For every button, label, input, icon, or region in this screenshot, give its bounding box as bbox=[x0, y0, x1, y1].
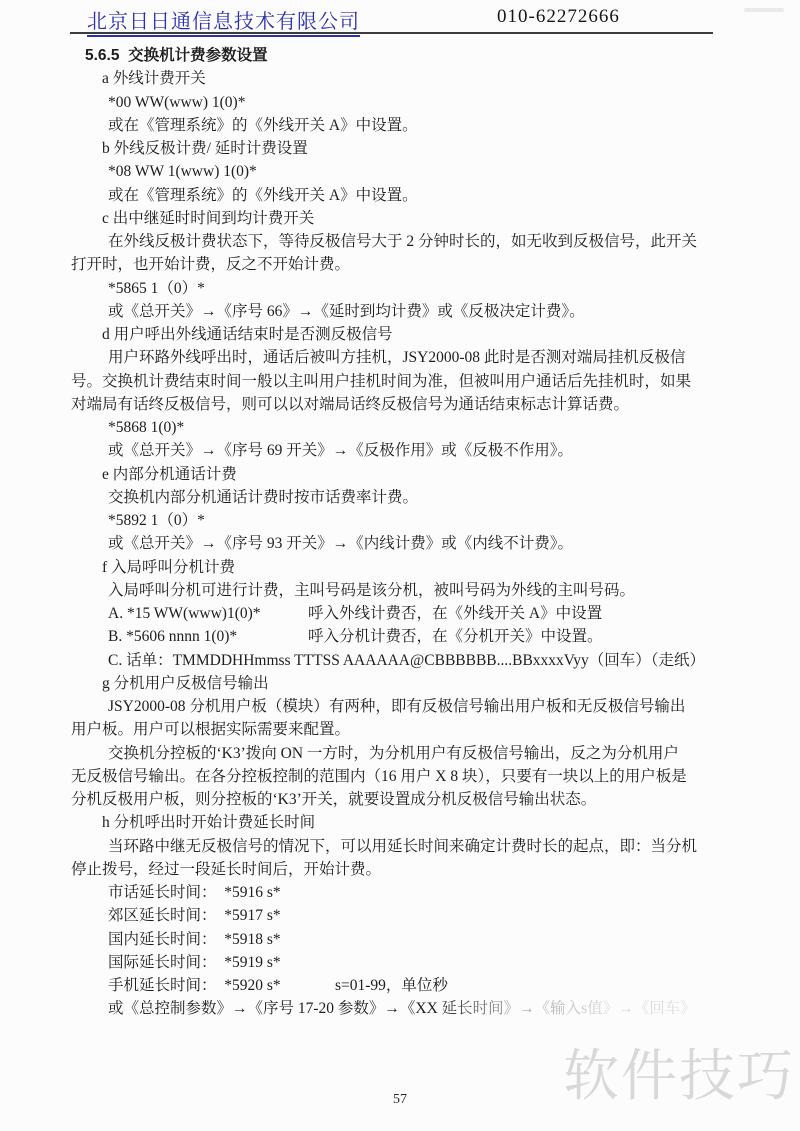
doc-line: 或在《管理系统》的《外线开关 A》中设置。 bbox=[0, 184, 800, 207]
doc-line: e 内部分机通话计费 bbox=[0, 463, 800, 486]
doc-line-text: f 入局呼叫分机计费 bbox=[102, 559, 235, 576]
doc-line-text: 或在《管理系统》的《外线开关 A》中设置。 bbox=[108, 117, 418, 134]
doc-line: *00 WW(www) 1(0)* bbox=[0, 91, 800, 114]
doc-line: b 外线反极计费/ 延时计费设置 bbox=[0, 137, 800, 160]
doc-line-text: 入局呼叫分机可进行计费，主叫号码是该分机，被叫号码为外线的主叫号码。 bbox=[108, 582, 635, 599]
doc-line-text: *5892 1（0）* bbox=[108, 512, 205, 529]
header-divider-rule bbox=[70, 32, 713, 34]
doc-line: a 外线计费开关 bbox=[0, 67, 800, 90]
doc-line: 交换机内部分机通话计费时按市话费率计费。 bbox=[0, 486, 800, 509]
doc-line-text: 当环路中继无反极信号的情况下，可以用延长时间来确定计费时长的起点，即：当分机 bbox=[108, 838, 697, 855]
doc-line: 5.6.5 交换机计费参数设置 bbox=[0, 44, 800, 67]
doc-line: 或《总开关》→《序号 93 开关》→《内线计费》或《内线不计费》。 bbox=[0, 532, 800, 555]
doc-line-text: 交换机内部分机通话计费时按市话费率计费。 bbox=[108, 489, 418, 506]
doc-line-text: a 外线计费开关 bbox=[102, 70, 206, 87]
doc-line-text: 号。交换机计费结束时间一般以主叫用户挂机时间为准，但被叫用户通话后先挂机时，如果 bbox=[71, 373, 691, 390]
doc-line-text: 或《总开关》→《序号 69 开关》→《反极作用》或《反极不作用》。 bbox=[108, 442, 573, 459]
doc-line: 停止拨号，经过一段延长时间后，开始计费。 bbox=[0, 858, 800, 881]
doc-line: 当环路中继无反极信号的情况下，可以用延长时间来确定计费时长的起点，即：当分机 bbox=[0, 835, 800, 858]
doc-line: 手机延长时间： *5920 s*s=01-99，单位秒 bbox=[0, 974, 800, 997]
doc-line: f 入局呼叫分机计费 bbox=[0, 556, 800, 579]
doc-line-secondary-text: s=01-99，单位秒 bbox=[335, 974, 448, 997]
doc-line: d 用户呼出外线通话结束时是否测反极信号 bbox=[0, 323, 800, 346]
doc-line: 或在《管理系统》的《外线开关 A》中设置。 bbox=[0, 114, 800, 137]
doc-line-text: 或《总开关》→《序号 66》→《延时到均计费》或《反极决定计费》。 bbox=[108, 303, 585, 320]
phone-number-header: 010-62272666 bbox=[497, 6, 620, 28]
doc-line: 对端局有话终反极信号，则可以以对端局话终反极信号为通话结束标志计算话费。 bbox=[0, 393, 800, 416]
doc-line-text: 分机反极用户板，则分控板的‘K3’开关，就要设置成分机反极信号输出状态。 bbox=[71, 791, 596, 808]
doc-line-text: e 内部分机通话计费 bbox=[102, 466, 237, 483]
doc-line-text: 交换机分控板的‘K3’拨向 ON 一方时，为分机用户有反极信号输出，反之为分机用… bbox=[108, 745, 679, 762]
doc-line-text: 停止拨号，经过一段延长时间后，开始计费。 bbox=[71, 861, 381, 878]
doc-line-text: 5.6.5 交换机计费参数设置 bbox=[85, 47, 268, 64]
doc-line: 入局呼叫分机可进行计费，主叫号码是该分机，被叫号码为外线的主叫号码。 bbox=[0, 579, 800, 602]
doc-line: 打开时，也开始计费，反之不开始计费。 bbox=[0, 253, 800, 276]
doc-line-text: JSY2000-08 分机用户板（模块）有两种，即有反极信号输出用户板和无反极信… bbox=[108, 698, 685, 715]
doc-line-text: c 出中继延时时间到均计费开关 bbox=[102, 210, 314, 227]
doc-line: A. *15 WW(www)1(0)*呼入外线计费否，在《外线开关 A》中设置 bbox=[0, 602, 800, 625]
doc-line-secondary-text: 呼入外线计费否，在《外线开关 A》中设置 bbox=[308, 602, 602, 625]
doc-line-text: 或《总开关》→《序号 93 开关》→《内线计费》或《内线不计费》。 bbox=[108, 535, 573, 552]
doc-line: 无反极信号输出。在各分控板控制的范围内（16 用户 X 8 块），只要有一块以上… bbox=[0, 765, 800, 788]
doc-line-text: *00 WW(www) 1(0)* bbox=[108, 94, 245, 111]
doc-line-text: 市话延长时间： *5916 s* bbox=[108, 884, 281, 901]
doc-line-text: B. *5606 nnnn 1(0)* bbox=[108, 628, 237, 645]
doc-line-text: *5865 1（0）* bbox=[108, 280, 205, 297]
scanned-manual-page: 北京日日通信息技术有限公司 010-62272666 5.6.5 交换机计费参数… bbox=[0, 0, 800, 1131]
doc-line: *5892 1（0）* bbox=[0, 509, 800, 532]
page-number: 57 bbox=[0, 1092, 800, 1108]
doc-line: C. 话单：TMMDDHHmmss TTTSS AAAAAA@CBBBBBB..… bbox=[0, 649, 800, 672]
doc-line: 用户环路外线呼出时，通话后被叫方挂机，JSY2000-08 此时是否测对端局挂机… bbox=[0, 346, 800, 369]
doc-line: 或《总控制参数》→《序号 17-20 参数》→《XX 延长时间》→《输入s值》→… bbox=[0, 997, 800, 1020]
doc-line-text: 用户板。用户可以根据实际需要来配置。 bbox=[71, 721, 350, 738]
doc-line: *08 WW 1(www) 1(0)* bbox=[0, 160, 800, 183]
doc-line-text: 无反极信号输出。在各分控板控制的范围内（16 用户 X 8 块），只要有一块以上… bbox=[71, 768, 687, 785]
doc-line-text: 或《总控制参数》→《序号 17-20 参数》→《XX 延长时间》→《输入s值》→… bbox=[108, 1000, 696, 1017]
doc-line-text: 或在《管理系统》的《外线开关 A》中设置。 bbox=[108, 187, 418, 204]
doc-line-text: 对端局有话终反极信号，则可以以对端局话终反极信号为通话结束标志计算话费。 bbox=[71, 396, 629, 413]
doc-line: 号。交换机计费结束时间一般以主叫用户挂机时间为准，但被叫用户通话后先挂机时，如果 bbox=[0, 370, 800, 393]
doc-line-text: 用户环路外线呼出时，通话后被叫方挂机，JSY2000-08 此时是否测对端局挂机… bbox=[108, 349, 685, 366]
doc-line-text: d 用户呼出外线通话结束时是否测反极信号 bbox=[102, 326, 393, 343]
doc-line-text: 国际延长时间： *5919 s* bbox=[108, 954, 281, 971]
doc-line: 郊区延长时间： *5917 s* bbox=[0, 904, 800, 927]
doc-line-text: 在外线反极计费状态下，等待反极信号大于 2 分钟时长的，如无收到反极信号，此开关 bbox=[108, 233, 697, 250]
document-lines: 5.6.5 交换机计费参数设置a 外线计费开关*00 WW(www) 1(0)*… bbox=[0, 44, 800, 1021]
doc-line-text: *5868 1(0)* bbox=[108, 419, 184, 436]
doc-line-text: 打开时，也开始计费，反之不开始计费。 bbox=[71, 256, 350, 273]
doc-line-text: 郊区延长时间： *5917 s* bbox=[108, 907, 281, 924]
doc-line-text: b 外线反极计费/ 延时计费设置 bbox=[102, 140, 308, 157]
doc-line: 分机反极用户板，则分控板的‘K3’开关，就要设置成分机反极信号输出状态。 bbox=[0, 788, 800, 811]
doc-line: 或《总开关》→《序号 69 开关》→《反极作用》或《反极不作用》。 bbox=[0, 439, 800, 462]
doc-line: g 分机用户反极信号输出 bbox=[0, 672, 800, 695]
doc-line: 国际延长时间： *5919 s* bbox=[0, 951, 800, 974]
doc-line: h 分机呼出时开始计费延长时间 bbox=[0, 811, 800, 834]
doc-line-text: 国内延长时间： *5918 s* bbox=[108, 931, 281, 948]
doc-line: 在外线反极计费状态下，等待反极信号大于 2 分钟时长的，如无收到反极信号，此开关 bbox=[0, 230, 800, 253]
doc-line-text: 手机延长时间： *5920 s* bbox=[108, 977, 281, 994]
doc-line: 或《总开关》→《序号 66》→《延时到均计费》或《反极决定计费》。 bbox=[0, 300, 800, 323]
doc-line: 国内延长时间： *5918 s* bbox=[0, 928, 800, 951]
doc-line-text: g 分机用户反极信号输出 bbox=[102, 675, 269, 692]
doc-line: JSY2000-08 分机用户板（模块）有两种，即有反极信号输出用户板和无反极信… bbox=[0, 695, 800, 718]
doc-line: c 出中继延时时间到均计费开关 bbox=[0, 207, 800, 230]
doc-line-text: *08 WW 1(www) 1(0)* bbox=[108, 163, 257, 180]
doc-line: *5865 1（0）* bbox=[0, 277, 800, 300]
doc-line: B. *5606 nnnn 1(0)*呼入分机计费否，在《分机开关》中设置。 bbox=[0, 625, 800, 648]
doc-line-text: A. *15 WW(www)1(0)* bbox=[108, 605, 261, 622]
doc-line-secondary-text: 呼入分机计费否，在《分机开关》中设置。 bbox=[308, 625, 603, 648]
doc-line: 市话延长时间： *5916 s* bbox=[0, 881, 800, 904]
doc-line: 交换机分控板的‘K3’拨向 ON 一方时，为分机用户有反极信号输出，反之为分机用… bbox=[0, 742, 800, 765]
scan-artifact bbox=[744, 8, 784, 12]
doc-line: 用户板。用户可以根据实际需要来配置。 bbox=[0, 718, 800, 741]
doc-line: *5868 1(0)* bbox=[0, 416, 800, 439]
doc-line-text: C. 话单：TMMDDHHmmss TTTSS AAAAAA@CBBBBBB..… bbox=[108, 652, 705, 669]
doc-line-text: h 分机呼出时开始计费延长时间 bbox=[102, 814, 315, 831]
